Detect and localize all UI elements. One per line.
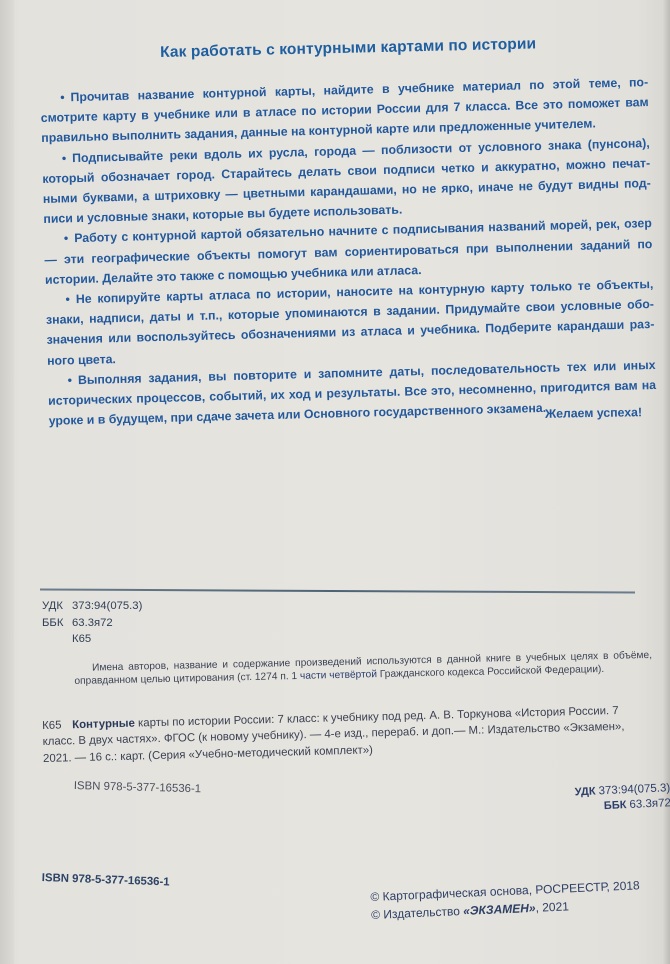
bbk-value: 63.3я72 <box>72 617 113 629</box>
bbk-label: ББК <box>42 615 72 632</box>
bullet-icon: • <box>65 292 70 306</box>
udk-label: УДК <box>42 598 72 615</box>
bibliographic-record: К65Контурные карты по истории России: 7 … <box>42 702 653 767</box>
bullet-icon: • <box>62 151 67 165</box>
udk-value: 373:94(075.3) <box>72 600 142 612</box>
classification-block: УДК373:94(075.3) ББК63.3я72 К65 <box>42 598 142 648</box>
page-title: Как работать с контурными картами по ист… <box>160 35 540 62</box>
author-mark: К65 <box>42 631 142 648</box>
bullet-icon: • <box>67 373 72 387</box>
isbn-bottom: ISBN 978-5-377-16536-1 <box>42 872 170 888</box>
bullet-icon: • <box>64 232 69 246</box>
instructions: •Прочитав название контурной карты, найд… <box>40 72 657 431</box>
isbn-inner: ISBN 978-5-377-16536-1 <box>74 780 202 795</box>
divider-line <box>40 588 635 593</box>
biblio-mark: К65 <box>42 717 72 734</box>
copyright-notice: Имена авторов, название и содержание про… <box>74 650 652 688</box>
copyright-block: © Картографическая основа, РОСРЕЕСТР, 20… <box>370 876 641 924</box>
closing-wish: Желаем успеха! <box>545 405 642 421</box>
bullet-icon: • <box>60 90 65 104</box>
publisher-brand: «ЭКЗАМЕН» <box>463 901 536 918</box>
classification-right: УДК 373:94(075.3) ББК 63.3я72 <box>560 781 670 816</box>
book-page: Как работать с контурными картами по ист… <box>0 0 670 964</box>
